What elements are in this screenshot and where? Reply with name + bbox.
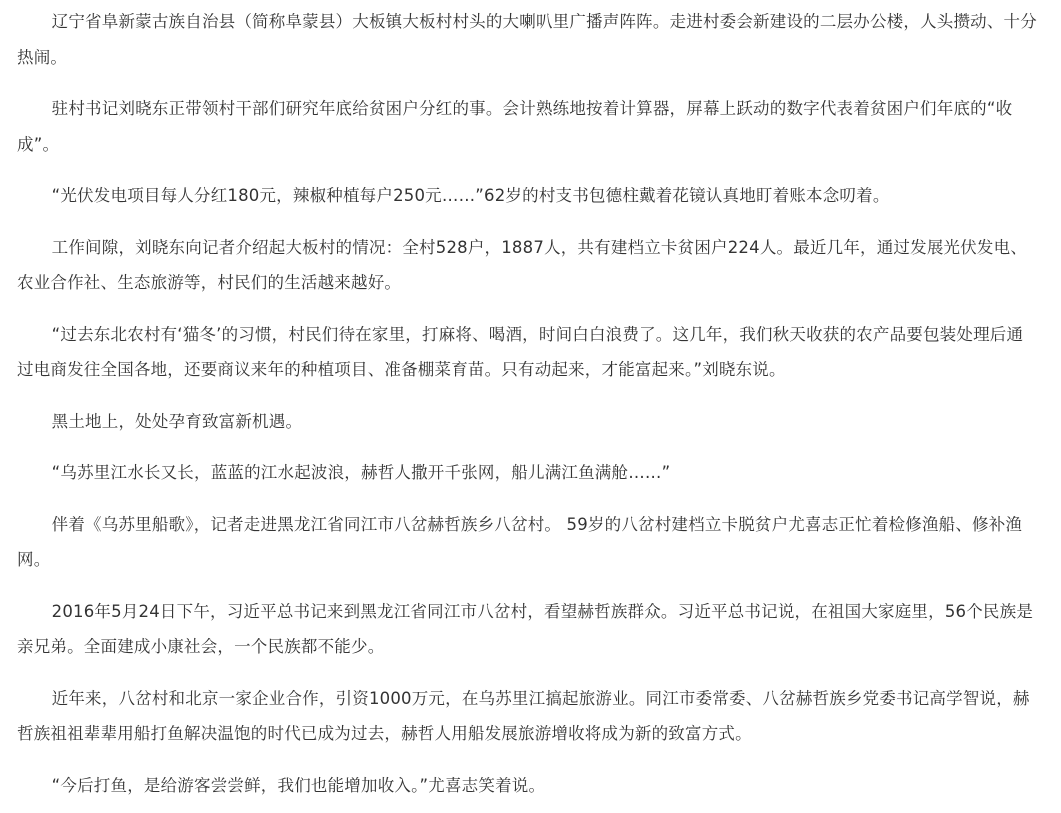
paragraph: “乌苏里江水长又长，蓝蓝的江水起波浪，赫哲人撒开千张网，船儿满江鱼满舱……” xyxy=(17,455,1037,491)
paragraph: “过去东北农村有‘猫冬’的习惯，村民们待在家里，打麻将、喝酒，时间白白浪费了。这… xyxy=(17,317,1037,388)
paragraph: 伴着《乌苏里船歌》，记者走进黑龙江省同江市八岔赫哲族乡八岔村。 59岁的八岔村建… xyxy=(17,507,1037,578)
article-body: 辽宁省阜新蒙古族自治县（简称阜蒙县）大板镇大板村村头的大喇叭里广播声阵阵。走进村… xyxy=(0,0,1061,803)
paragraph: 2016年5月24日下午，习近平总书记来到黑龙江省同江市八岔村，看望赫哲族群众。… xyxy=(17,594,1037,665)
paragraph: 近年来，八岔村和北京一家企业合作，引资1000万元，在乌苏里江搞起旅游业。同江市… xyxy=(17,681,1037,752)
paragraph: 驻村书记刘晓东正带领村干部们研究年底给贫困户分红的事。会计熟练地按着计算器，屏幕… xyxy=(17,91,1037,162)
paragraph: 辽宁省阜新蒙古族自治县（简称阜蒙县）大板镇大板村村头的大喇叭里广播声阵阵。走进村… xyxy=(17,4,1037,75)
paragraph: “今后打鱼，是给游客尝尝鲜，我们也能增加收入。”尤喜志笑着说。 xyxy=(17,768,1037,804)
paragraph: 黑土地上，处处孕育致富新机遇。 xyxy=(17,404,1037,440)
paragraph: 工作间隙，刘晓东向记者介绍起大板村的情况：全村528户，1887人，共有建档立卡… xyxy=(17,230,1037,301)
paragraph: “光伏发电项目每人分红180元，辣椒种植每户250元……”62岁的村支书包德柱戴… xyxy=(17,178,1037,214)
